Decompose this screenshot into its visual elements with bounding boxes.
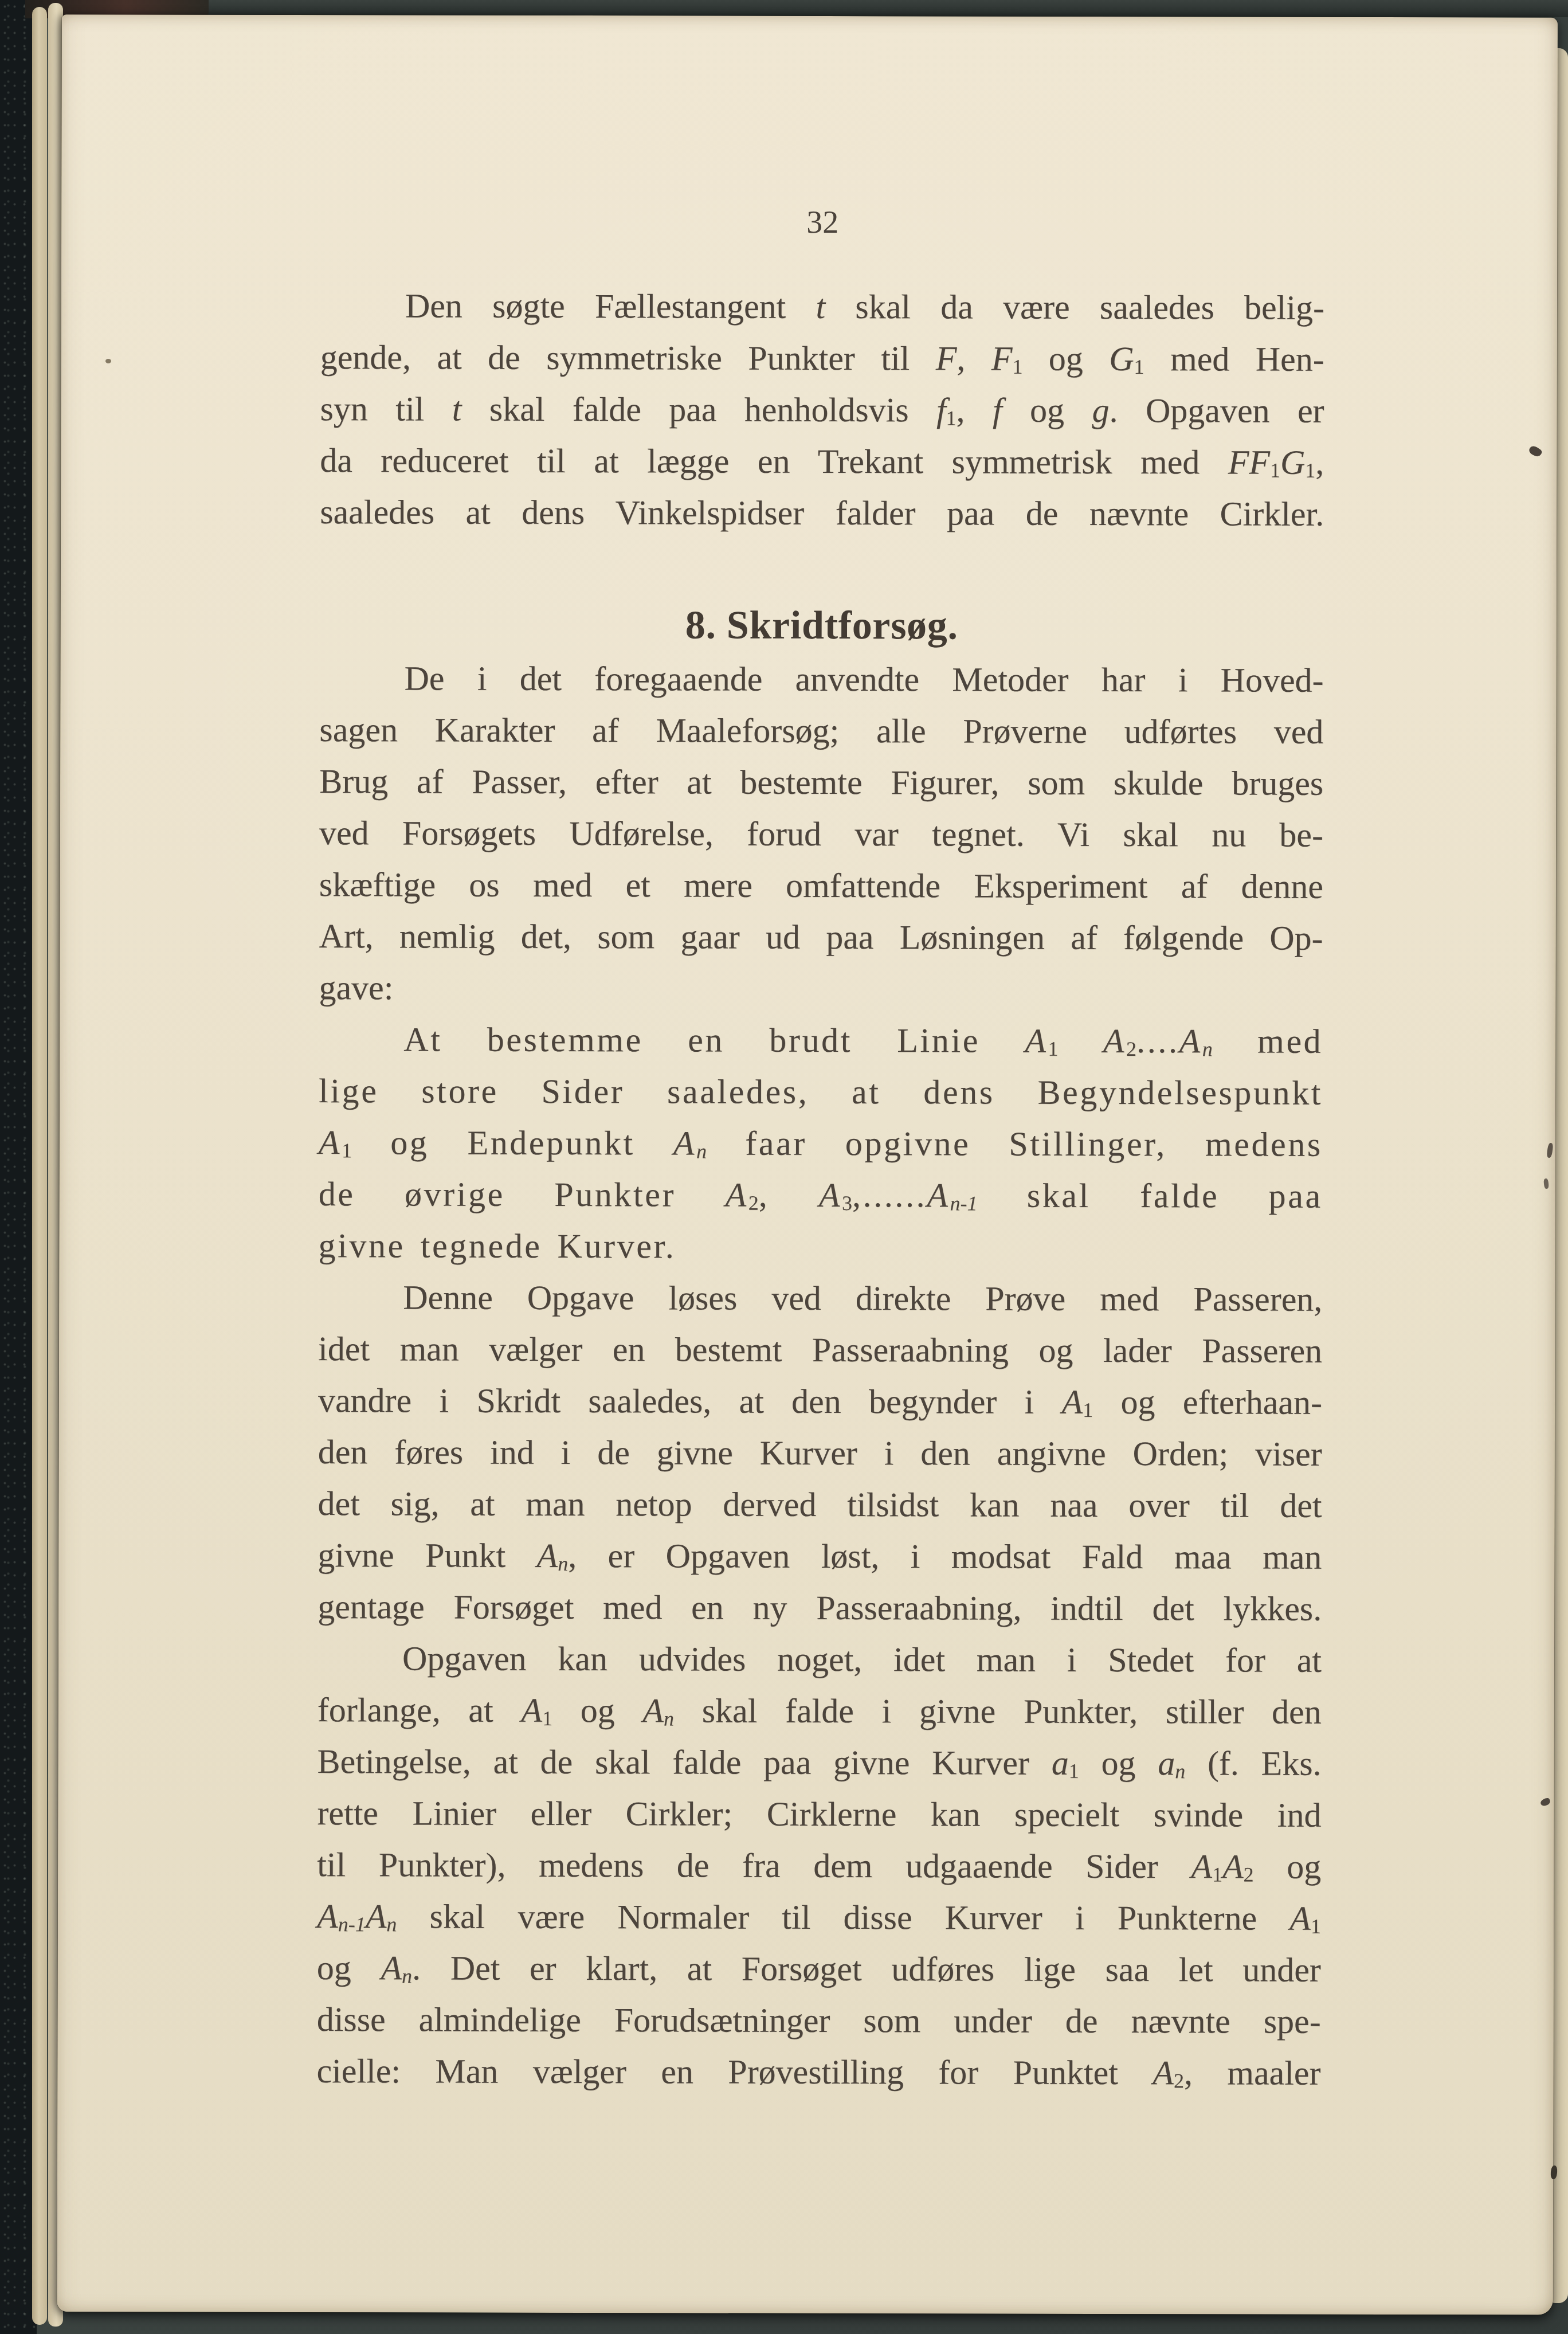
ink-speck	[105, 359, 111, 363]
paragraphs-before-heading: Den søgte Fællestangent t skal da være s…	[320, 280, 1324, 540]
text-line: og An. Det er klart, at Forsøget udføres…	[317, 1942, 1321, 1996]
text-line: Art, nemlig det, som gaar ud paa Løsning…	[319, 910, 1323, 964]
text-line: skæftige os med et mere omfattende Ekspe…	[319, 859, 1323, 913]
text-line: At bestemme en brudt Linie A1 A2....An m…	[319, 1013, 1323, 1067]
text-line: Betingelse, at de skal falde paa givne K…	[317, 1736, 1322, 1789]
text-line: det sig, at man netop derved tilsidst ka…	[317, 1478, 1322, 1532]
text-line: ved Forsøgets Udførelse, forud var tegne…	[319, 807, 1323, 861]
paragraph: Denne Opgave løses ved direkte Prøve med…	[317, 1271, 1322, 1635]
text-line: vandre i Skridt saaledes, at den begynde…	[318, 1374, 1322, 1428]
text-line: lige store Sider saaledes, at dens Begyn…	[319, 1065, 1323, 1119]
book-cover-edge	[0, 0, 37, 2334]
text-line: Denne Opgave løses ved direkte Prøve med…	[318, 1271, 1322, 1325]
scanned-book-page: { "scan": { "background_color": "#3c4441…	[0, 0, 1568, 2334]
text-block: 32 Den søgte Fællestangent t skal da vær…	[316, 187, 1324, 2099]
text-line: gentage Forsøget med en ny Passeraabning…	[317, 1581, 1322, 1635]
text-line: syn til t skal falde paa henholdsvis f1,…	[320, 383, 1324, 437]
paragraph: Opgaven kan udvides noget, idet man i St…	[316, 1632, 1322, 2099]
text-line: den føres ind i de givne Kurver i den an…	[318, 1426, 1322, 1480]
text-line: rette Linier eller Cirkler; Cirklerne ka…	[317, 1787, 1321, 1841]
paragraph: Den søgte Fællestangent t skal da være s…	[320, 280, 1324, 540]
text-line: sagen Karakter af Maaleforsøg; alle Prøv…	[319, 704, 1323, 758]
text-line: disse almindelige Forudsætninger som und…	[317, 1994, 1321, 2047]
text-line: Den søgte Fællestangent t skal da være s…	[320, 280, 1324, 334]
text-line: til Punkter), medens de fra dem udgaaend…	[317, 1839, 1321, 1893]
text-line: Opgaven kan udvides noget, idet man i St…	[317, 1632, 1322, 1686]
paragraphs-after-heading: De i det foregaaende anvendte Metoder ha…	[316, 652, 1323, 2099]
section-heading: 8. Skridtforsøg.	[320, 597, 1324, 655]
text-line: De i det foregaaende anvendte Metoder ha…	[319, 652, 1323, 706]
text-line: Brug af Passer, efter at bestemte Figure…	[319, 755, 1323, 809]
text-line: givne tegnede Kurver.	[318, 1220, 1322, 1274]
text-line: idet man vælger en bestemt Passeraabning…	[318, 1323, 1322, 1377]
text-line: gende, at de symmetriske Punkter til F, …	[320, 331, 1324, 385]
text-line: cielle: Man vælger en Prøvestilling for …	[316, 2045, 1320, 2099]
page-stack-edge	[32, 7, 47, 2325]
text-line: givne Punkt An, er Opgaven løst, i modsa…	[317, 1529, 1322, 1583]
paragraph: De i det foregaaende anvendte Metoder ha…	[319, 652, 1323, 1016]
page-number: 32	[320, 187, 1324, 258]
text-line: An-1An skal være Normaler til disse Kurv…	[317, 1890, 1321, 1944]
paragraph: At bestemme en brudt Linie A1 A2....An m…	[318, 1013, 1323, 1274]
book-page: 32 Den søgte Fællestangent t skal da vær…	[57, 14, 1558, 2315]
text-line: de øvrige Punkter A2, A3,......An-1 skal…	[319, 1168, 1323, 1222]
text-line: A1 og Endepunkt An faar opgivne Stilling…	[319, 1117, 1323, 1170]
text-line: gave:	[319, 962, 1323, 1016]
text-line: da reduceret til at lægge en Trekant sym…	[320, 434, 1324, 488]
text-line: forlange, at A1 og An skal falde i givne…	[317, 1684, 1322, 1738]
text-line: saaledes at dens Vinkelspidser falder pa…	[320, 486, 1324, 540]
